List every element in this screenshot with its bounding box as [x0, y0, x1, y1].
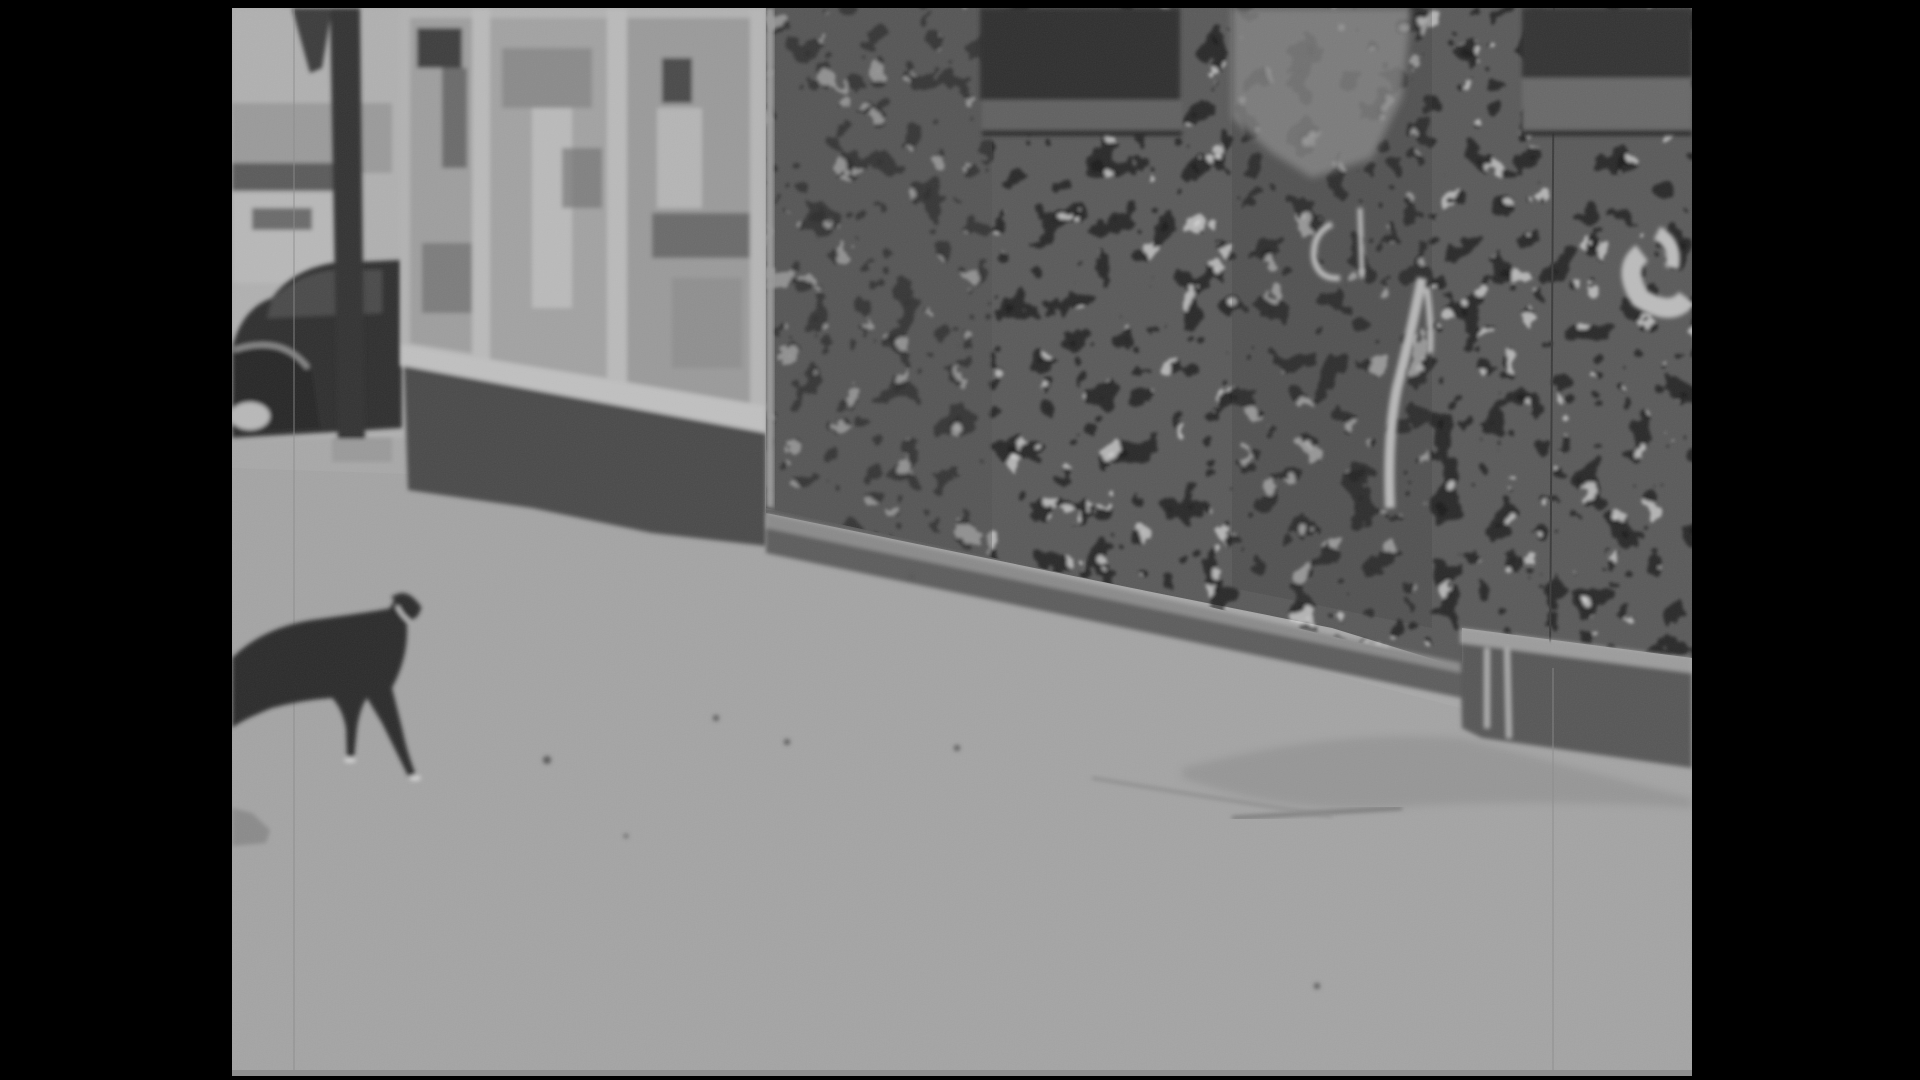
video-frame: Black-and-white film still: a dark dog w… [232, 8, 1692, 1076]
video-player: Black-and-white film still: a dark dog w… [0, 0, 1920, 1080]
film-still [232, 8, 1692, 1076]
